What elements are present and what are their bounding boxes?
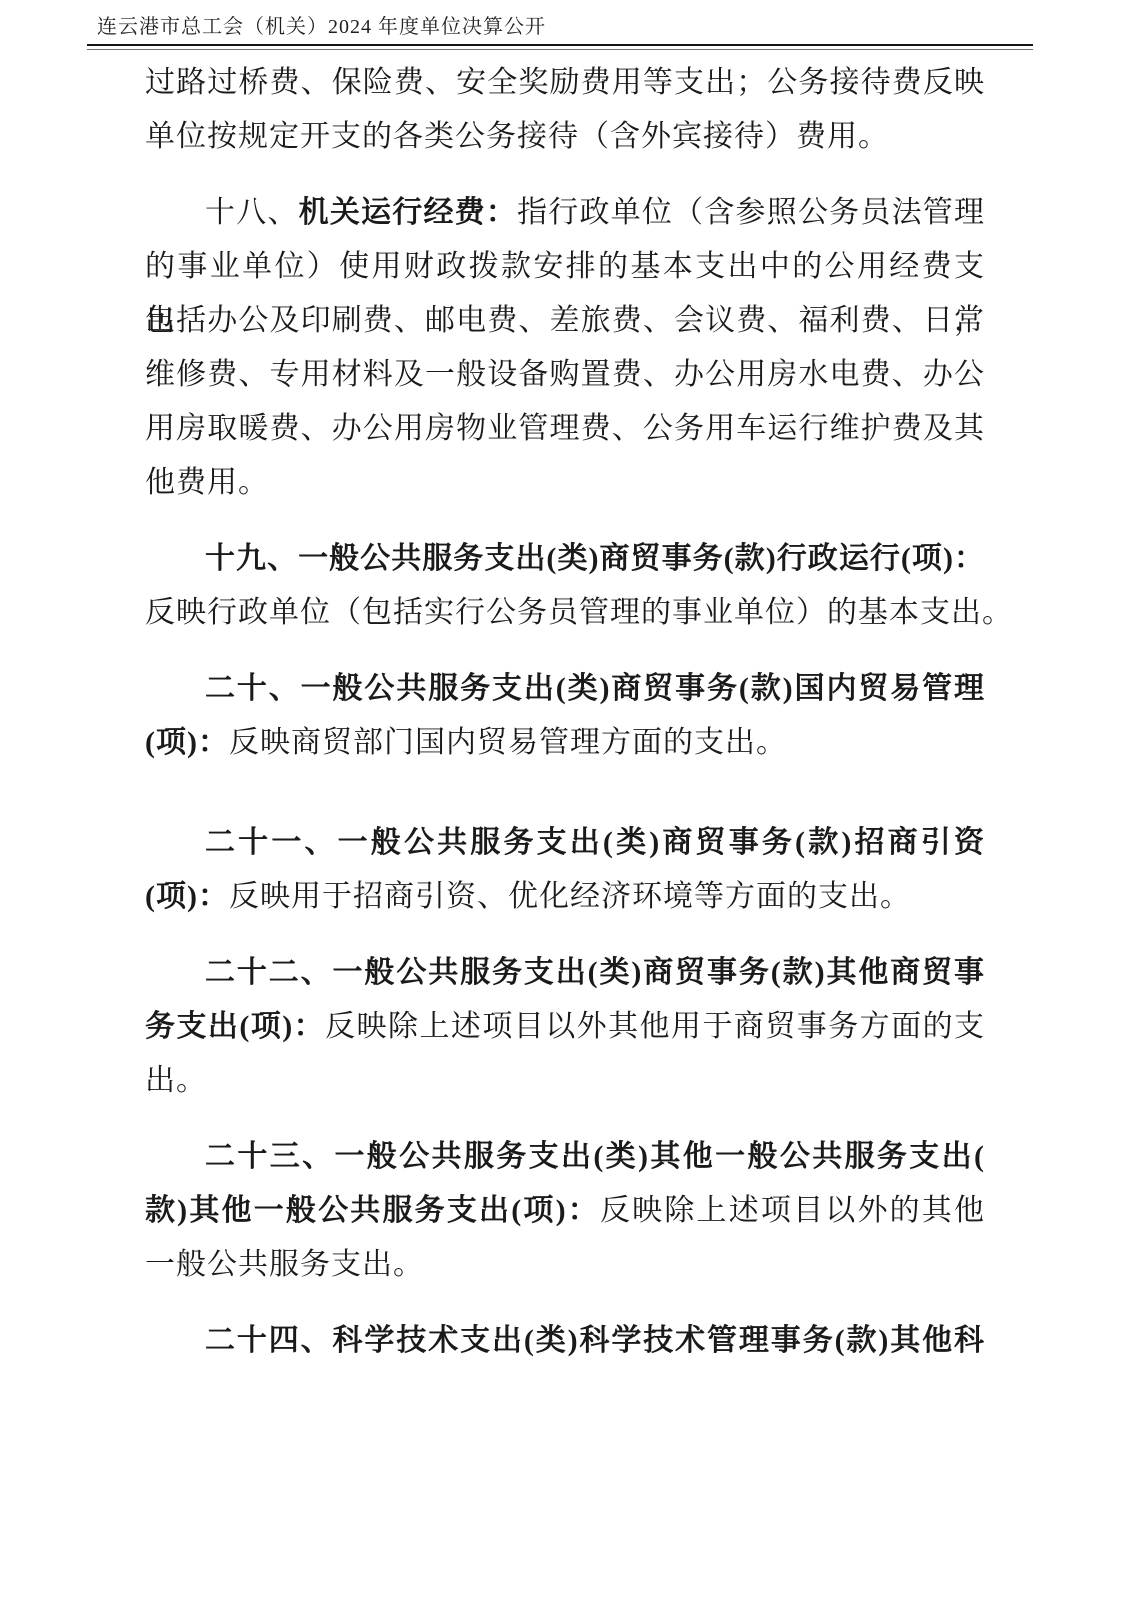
bold-text-segment: 十九、一般公共服务支出(类)商贸事务(款)行政运行(项)： xyxy=(205,542,985,575)
text-segment: 包括办公及印刷费、邮电费、差旅费、会议费、福利费、日常 xyxy=(145,304,985,337)
text-segment: 单位按规定开支的各类公务接待（含外宾接待）费用。 xyxy=(145,120,889,153)
text-segment: 一般公共服务支出。 xyxy=(145,1248,424,1281)
text-line: 十九、一般公共服务支出(类)商贸事务(款)行政运行(项)： xyxy=(145,532,985,586)
bold-text-segment: 务支出(项)： xyxy=(145,1010,325,1043)
text-line: 包括办公及印刷费、邮电费、差旅费、会议费、福利费、日常 xyxy=(145,294,985,348)
text-segment: 十八、 xyxy=(205,196,299,229)
bold-text-segment: 二十四、科学技术支出(类)科学技术管理事务(款)其他科 xyxy=(205,1324,985,1357)
page-header: 连云港市总工会（机关）2024 年度单位决算公开 xyxy=(97,14,1033,50)
text-line: 出。 xyxy=(145,1054,985,1108)
text-segment: 过路过桥费、保险费、安全奖励费用等支出；公务接待费反映 xyxy=(145,66,985,99)
text-line: 二十二、一般公共服务支出(类)商贸事务(款)其他商贸事 xyxy=(145,946,985,1000)
paragraph-20: 二十、一般公共服务支出(类)商贸事务(款)国内贸易管理(项)：反映商贸部门国内贸… xyxy=(145,662,985,770)
document-page: 连云港市总工会（机关）2024 年度单位决算公开 过路过桥费、保险费、安全奖励费… xyxy=(0,0,1131,1600)
text-segment: 反映行政单位（包括实行公务员管理的事业单位）的基本支出。 xyxy=(145,596,1013,629)
text-segment: 反映商贸部门国内贸易管理方面的支出。 xyxy=(229,726,787,759)
text-line: 二十三、一般公共服务支出(类)其他一般公共服务支出( xyxy=(145,1130,985,1184)
text-segment: 出。 xyxy=(145,1064,207,1097)
bold-text-segment: 二十三、一般公共服务支出(类)其他一般公共服务支出( xyxy=(205,1140,985,1173)
text-segment: 他费用。 xyxy=(145,466,269,499)
text-line: 二十一、一般公共服务支出(类)商贸事务(款)招商引资 xyxy=(145,816,985,870)
text-segment: 用房取暖费、办公用房物业管理费、公务用车运行维护费及其 xyxy=(145,412,985,445)
text-line: 过路过桥费、保险费、安全奖励费用等支出；公务接待费反映 xyxy=(145,56,985,110)
bold-text-segment: 款)其他一般公共服务支出(项)： xyxy=(145,1194,600,1227)
text-segment: 维修费、专用材料及一般设备购置费、办公用房水电费、办公 xyxy=(145,358,985,391)
text-line: (项)：反映用于招商引资、优化经济环境等方面的支出。 xyxy=(145,870,985,924)
bold-text-segment: 二十一、一般公共服务支出(类)商贸事务(款)招商引资 xyxy=(205,826,985,859)
text-line: 务支出(项)：反映除上述项目以外其他用于商贸事务方面的支 xyxy=(145,1000,985,1054)
bold-text-segment: (项)： xyxy=(145,880,229,913)
text-line: 二十、一般公共服务支出(类)商贸事务(款)国内贸易管理 xyxy=(145,662,985,716)
bold-text-segment: 二十、一般公共服务支出(类)商贸事务(款)国内贸易管理 xyxy=(205,672,985,705)
text-line: 维修费、专用材料及一般设备购置费、办公用房水电费、办公 xyxy=(145,348,985,402)
paragraph-24: 二十四、科学技术支出(类)科学技术管理事务(款)其他科 xyxy=(145,1314,985,1368)
paragraph-19: 十九、一般公共服务支出(类)商贸事务(款)行政运行(项)：反映行政单位（包括实行… xyxy=(145,532,985,640)
text-line: 的事业单位）使用财政拨款安排的基本支出中的公用经费支出， xyxy=(145,240,985,294)
text-segment: 反映除上述项目以外的其他 xyxy=(600,1194,985,1227)
text-line: 一般公共服务支出。 xyxy=(145,1238,985,1292)
paragraph-23: 二十三、一般公共服务支出(类)其他一般公共服务支出(款)其他一般公共服务支出(项… xyxy=(145,1130,985,1292)
text-line: 用房取暖费、办公用房物业管理费、公务用车运行维护费及其 xyxy=(145,402,985,456)
text-line: 二十四、科学技术支出(类)科学技术管理事务(款)其他科 xyxy=(145,1314,985,1368)
text-segment: 反映用于招商引资、优化经济环境等方面的支出。 xyxy=(229,880,911,913)
text-line: 十八、机关运行经费：指行政单位（含参照公务员法管理 xyxy=(145,186,985,240)
text-line: (项)：反映商贸部门国内贸易管理方面的支出。 xyxy=(145,716,985,770)
paragraph-22: 二十二、一般公共服务支出(类)商贸事务(款)其他商贸事务支出(项)：反映除上述项… xyxy=(145,946,985,1108)
header-title: 连云港市总工会（机关）2024 年度单位决算公开 xyxy=(97,14,1033,40)
text-line: 单位按规定开支的各类公务接待（含外宾接待）费用。 xyxy=(145,110,985,164)
bold-text-segment: (项)： xyxy=(145,726,229,759)
text-line: 他费用。 xyxy=(145,456,985,510)
text-segment: 反映除上述项目以外其他用于商贸事务方面的支 xyxy=(325,1010,985,1043)
document-body: 过路过桥费、保险费、安全奖励费用等支出；公务接待费反映单位按规定开支的各类公务接… xyxy=(145,56,985,1368)
header-rule xyxy=(87,44,1033,50)
text-line: 反映行政单位（包括实行公务员管理的事业单位）的基本支出。 xyxy=(145,586,985,640)
text-segment: 指行政单位（含参照公务员法管理 xyxy=(517,196,985,229)
bold-text-segment: 二十二、一般公共服务支出(类)商贸事务(款)其他商贸事 xyxy=(205,956,985,989)
paragraph-21: 二十一、一般公共服务支出(类)商贸事务(款)招商引资(项)：反映用于招商引资、优… xyxy=(145,816,985,924)
paragraph-18: 十八、机关运行经费：指行政单位（含参照公务员法管理的事业单位）使用财政拨款安排的… xyxy=(145,186,985,510)
text-line: 款)其他一般公共服务支出(项)：反映除上述项目以外的其他 xyxy=(145,1184,985,1238)
paragraph-continued: 过路过桥费、保险费、安全奖励费用等支出；公务接待费反映单位按规定开支的各类公务接… xyxy=(145,56,985,164)
bold-text-segment: 机关运行经费： xyxy=(299,196,517,229)
